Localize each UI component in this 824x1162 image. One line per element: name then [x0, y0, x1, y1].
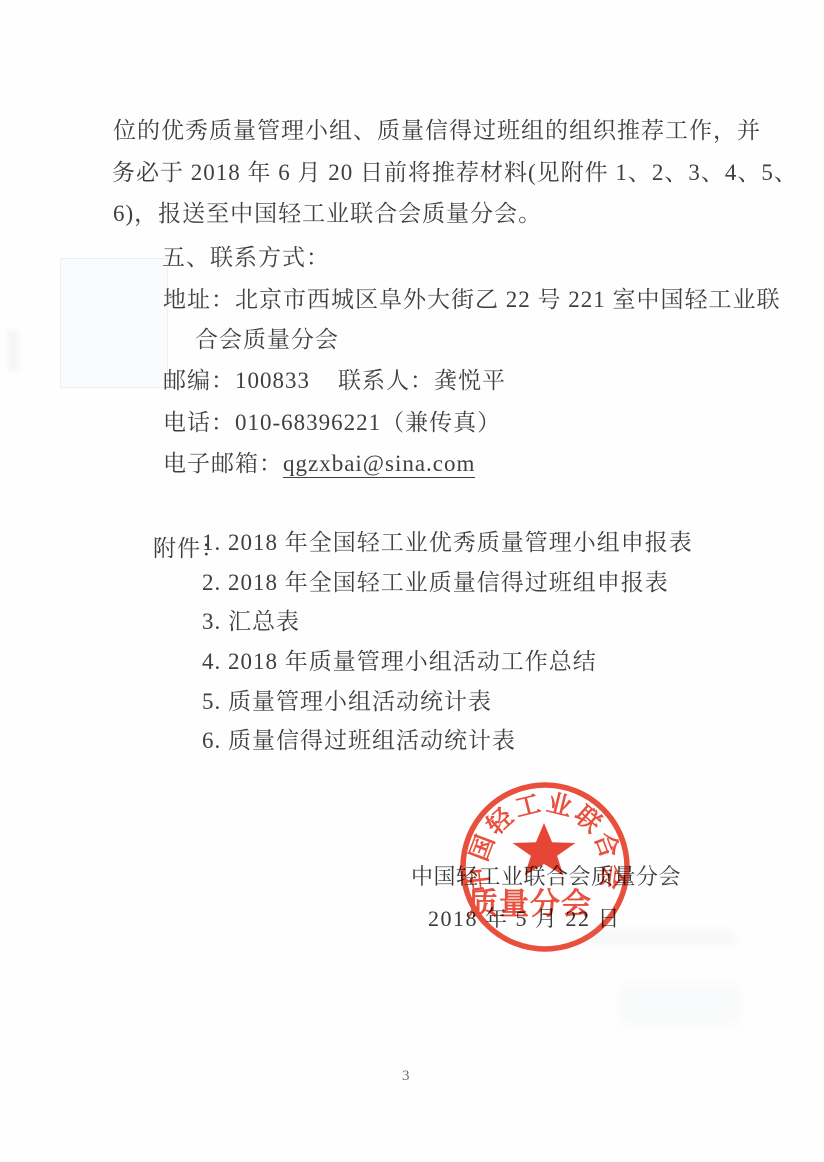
phone-label: 电话： — [163, 410, 235, 435]
page-number: 3 — [402, 1068, 411, 1085]
scan-artifact-smudge — [620, 985, 740, 1025]
body-paragraph-line-2: 务必于 2018 年 6 月 20 日前将推荐材料(见附件 1、2、3、4、5、 — [112, 154, 798, 187]
attachment-item: 2. 2018 年全国轻工业质量信得过班组申报表 — [202, 564, 693, 604]
attachment-item: 4. 2018 年质量管理小组活动工作总结 — [202, 643, 693, 683]
address-line-1: 地址：北京市西城区阜外大街乙 22 号 221 室中国轻工业联 — [163, 281, 781, 314]
postcode-value: 100833 — [235, 368, 310, 393]
attachments-list: 1. 2018 年全国轻工业优秀质量管理小组申报表 2. 2018 年全国轻工业… — [202, 524, 693, 762]
star-icon — [513, 823, 576, 876]
scan-artifact-ghost-box — [60, 258, 168, 388]
document-page: 位的优秀质量管理小组、质量信得过班组的组织推荐工作，并 务必于 2018 年 6… — [0, 0, 824, 1162]
postcode-line: 邮编：100833联系人：龚悦平 — [163, 362, 506, 395]
attachment-item: 5. 质量管理小组活动统计表 — [202, 683, 693, 723]
email-label: 电子邮箱： — [163, 451, 283, 476]
seal-bottom-text: 质量分会 — [468, 888, 592, 921]
body-paragraph-line-1: 位的优秀质量管理小组、质量信得过班组的组织推荐工作，并 — [113, 112, 761, 145]
email-value: qgzxbai@sina.com — [283, 451, 475, 478]
phone-line: 电话：010-68396221（兼传真） — [163, 404, 501, 437]
contact-person-name: 龚悦平 — [434, 368, 506, 393]
contact-person-label: 联系人： — [338, 368, 434, 393]
attachment-item: 1. 2018 年全国轻工业优秀质量管理小组申报表 — [202, 524, 693, 564]
contact-section-heading: 五、联系方式： — [162, 239, 330, 272]
official-seal-stamp: 中国轻工业联合会 质量分会 — [452, 775, 638, 961]
scan-artifact-smudge — [8, 330, 18, 370]
attachment-item: 6. 质量信得过班组活动统计表 — [202, 722, 693, 762]
attachment-item: 3. 汇总表 — [202, 603, 693, 643]
address-line-2: 合会质量分会 — [195, 321, 339, 354]
phone-value: 010-68396221（兼传真） — [235, 410, 501, 435]
postcode-label: 邮编： — [163, 368, 235, 393]
body-paragraph-line-3: 6)，报送至中国轻工业联合会质量分会。 — [113, 195, 542, 228]
email-line: 电子邮箱：qgzxbai@sina.com — [163, 445, 475, 478]
